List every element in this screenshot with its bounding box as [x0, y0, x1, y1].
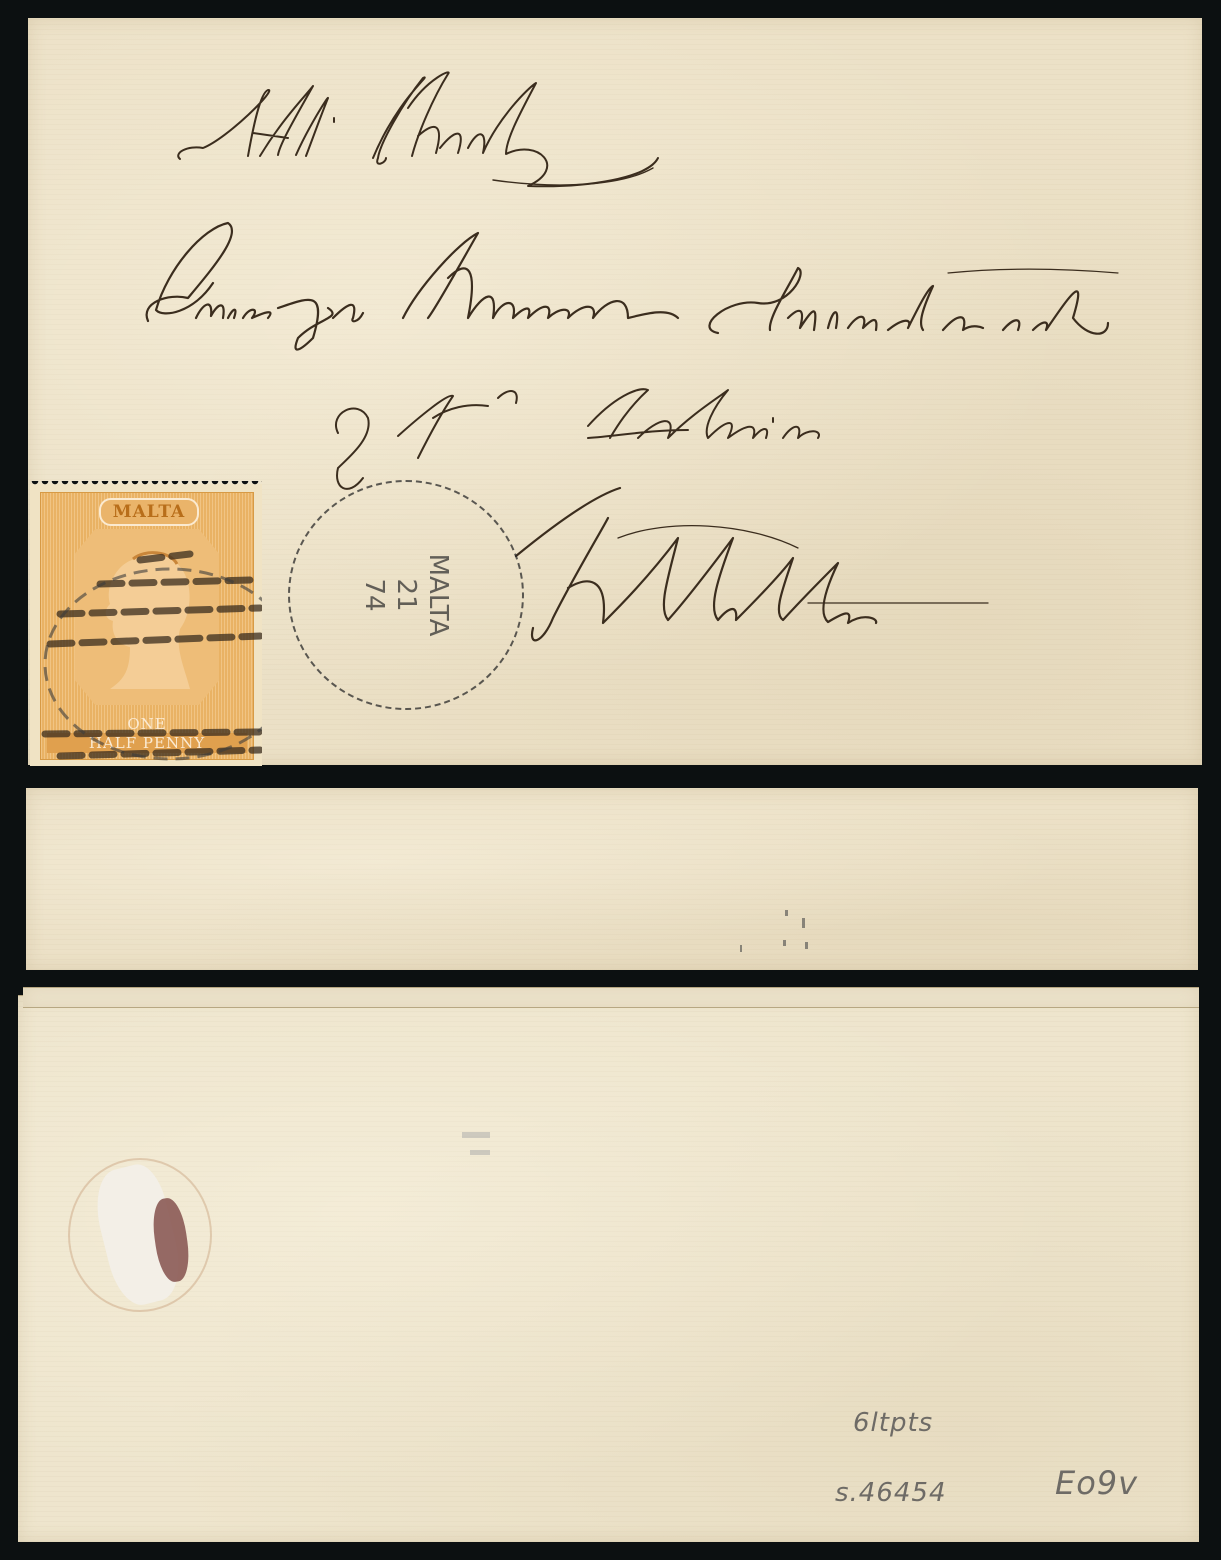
postmark-town: MALTA	[423, 554, 453, 637]
stamp-design: MALTA ONE HALF PENNY	[40, 492, 254, 760]
postmark-year: 74	[358, 554, 390, 637]
cover-back-upper	[26, 788, 1198, 970]
stamp-value-line2: HALF PENNY	[47, 733, 247, 753]
postmark-date: 21	[390, 554, 422, 637]
fold-flap	[23, 987, 1199, 1008]
stamp-value-line1: ONE	[41, 715, 253, 733]
postmark: MALTA 21 74	[288, 480, 524, 710]
postmark-text: MALTA 21 74	[358, 554, 454, 637]
pencil-note-stock-number: s.46454	[835, 1478, 947, 1508]
pencil-note-code: Eo9v	[1055, 1464, 1138, 1502]
pencil-note-parts: 6ltpts	[853, 1408, 933, 1438]
postage-stamp: MALTA ONE HALF PENNY	[30, 484, 262, 766]
stamp-country-label: MALTA	[99, 498, 199, 526]
queen-portrait	[75, 529, 219, 705]
